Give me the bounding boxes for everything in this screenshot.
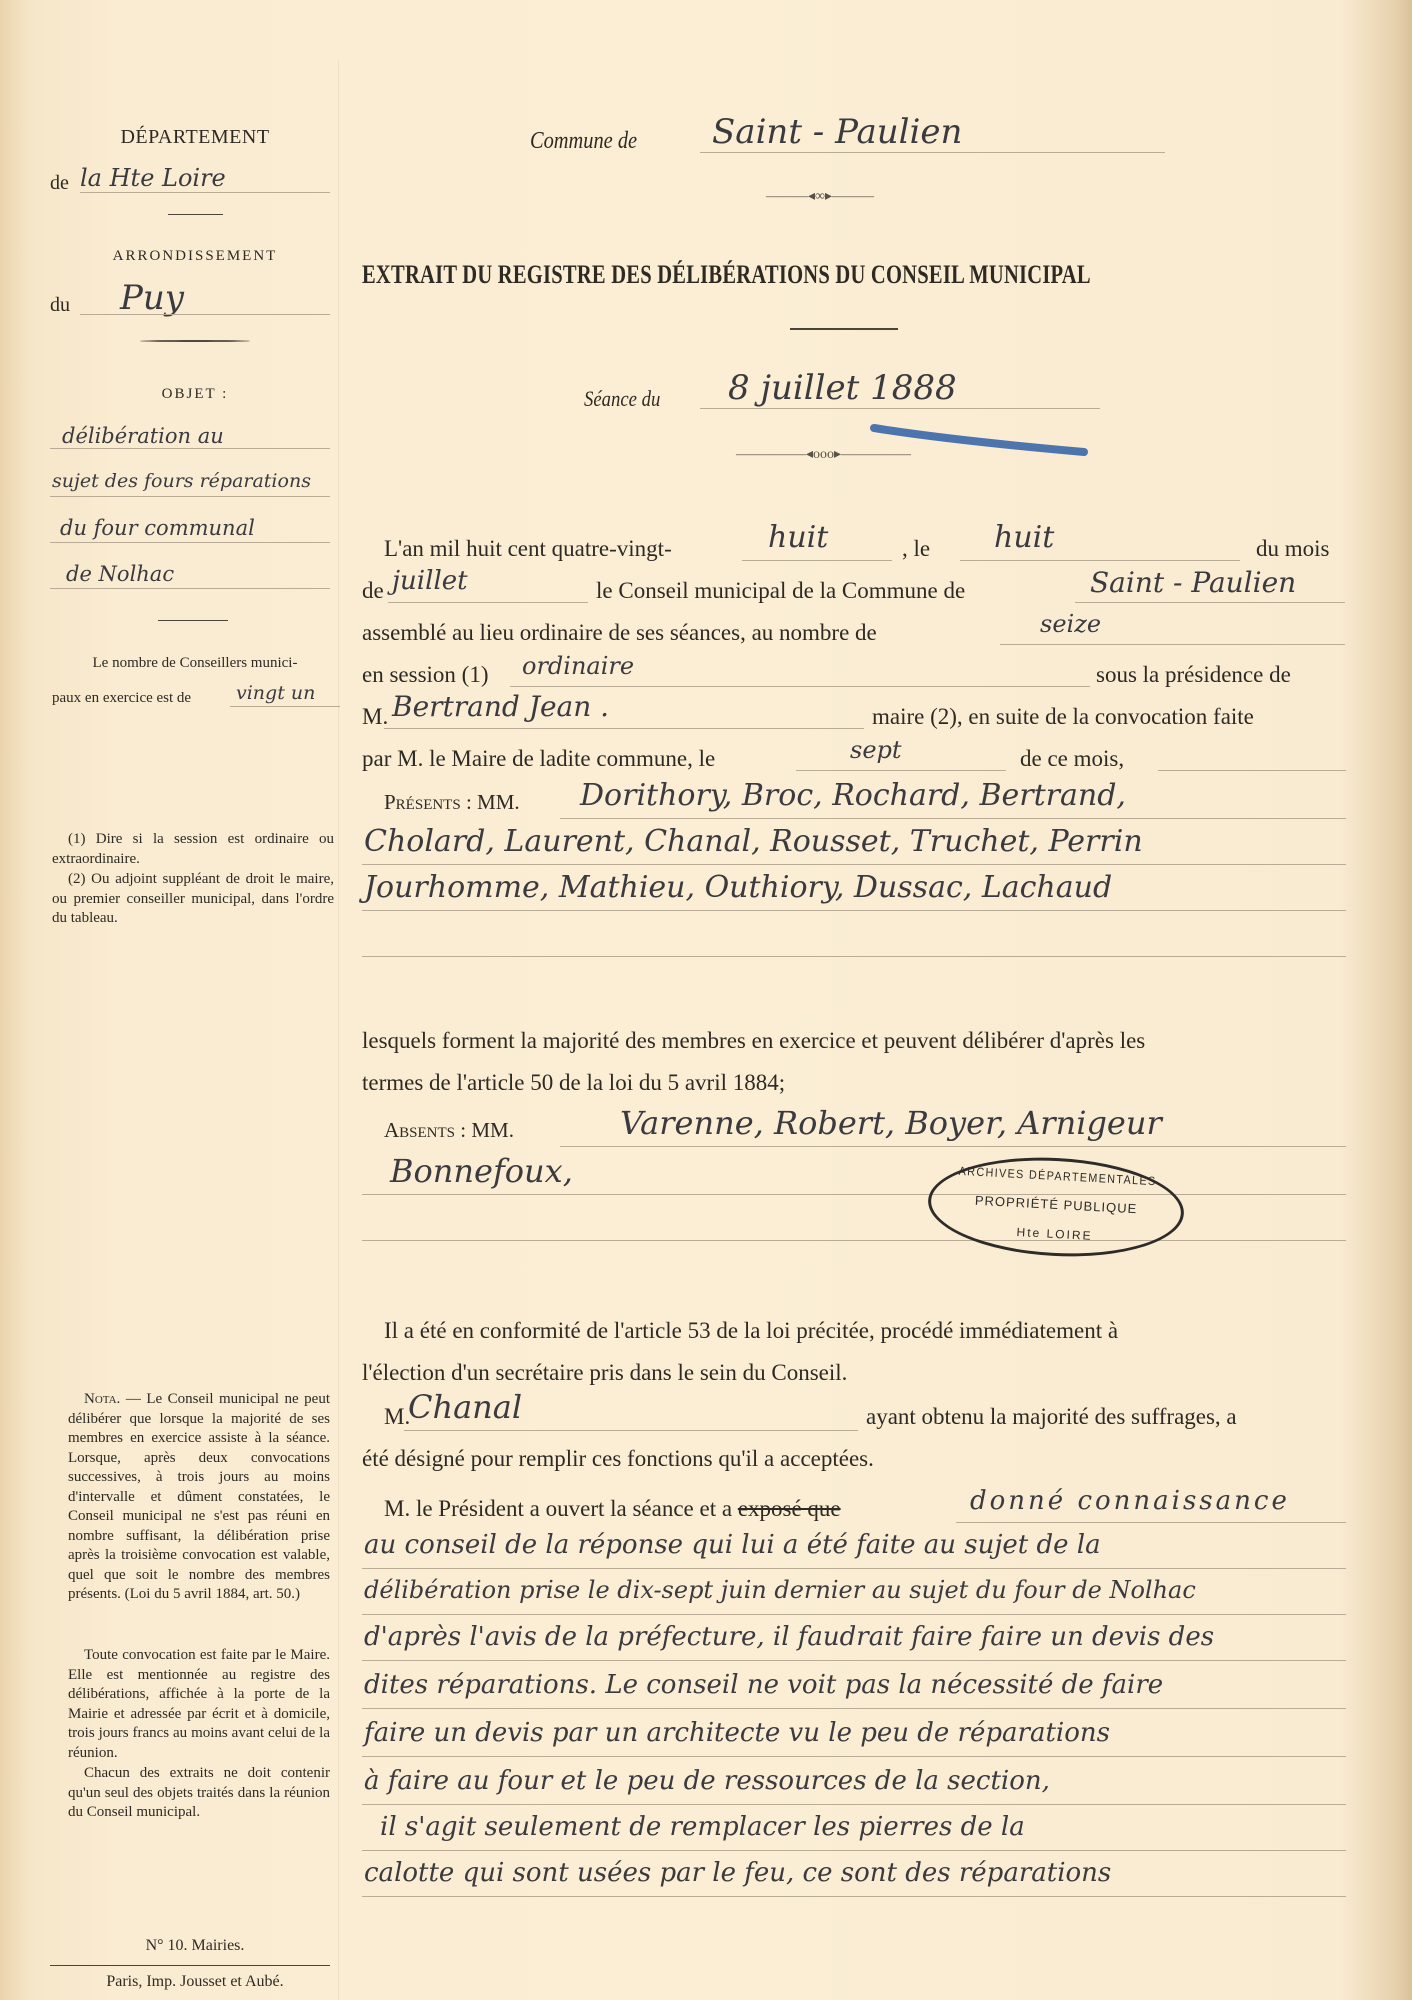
- footer-rule: [50, 1965, 330, 1966]
- absents-rule-3: [362, 1240, 1346, 1241]
- text-assemble: assemblé au lieu ordinaire de ses séance…: [362, 620, 877, 646]
- presents-rule-2: [362, 864, 1346, 865]
- convocation-date: sept: [850, 736, 902, 764]
- page-title: EXTRAIT DU REGISTRE DES DÉLIBÉRATIONS DU…: [362, 260, 1091, 290]
- deliberation-rule-2: [362, 1614, 1346, 1615]
- president-name: Bertrand Jean .: [392, 690, 609, 723]
- day-rule: [960, 560, 1240, 561]
- majorite-line-1: lesquels forment la majorité des membres…: [362, 1028, 1145, 1054]
- nota-block: Nota. — Le Conseil municipal ne peut dél…: [68, 1390, 330, 1605]
- objet-line-3: du four communal: [60, 516, 255, 540]
- secretaire-name: Chanal: [408, 1388, 522, 1426]
- departement-rule: [80, 192, 330, 193]
- absents-label: Absents : MM.: [384, 1118, 514, 1143]
- text-session: en session (1): [362, 662, 488, 688]
- deliberation-line-1: au conseil de la réponse qui lui a été f…: [364, 1530, 1101, 1560]
- secretaire-line-4: été désigné pour remplir ces fonctions q…: [362, 1446, 874, 1472]
- month-rule: [388, 602, 588, 603]
- stamp-top: ARCHIVES DÉPARTEMENTALES: [945, 1163, 1170, 1189]
- presents-line-1: Dorithory, Broc, Rochard, Bertrand,: [580, 778, 1126, 813]
- ce-mois-rule: [1158, 770, 1346, 771]
- day-value: huit: [994, 520, 1054, 555]
- objet-line-2: sujet des fours réparations: [52, 470, 311, 492]
- seance-value: 8 juillet 1888: [728, 368, 957, 408]
- ornament-rule: [140, 340, 250, 342]
- blue-pencil-mark: [628, 414, 1088, 422]
- deliberation-rule-0: [956, 1522, 1346, 1523]
- convocation-rule: [796, 770, 1006, 771]
- form-number: N° 10. Mairies.: [50, 1937, 340, 1955]
- body-line-1: L'an mil huit cent quatre-vingt-: [384, 536, 672, 562]
- conseillers-rule: [230, 706, 340, 707]
- commune-label: Commune de: [530, 128, 637, 155]
- absents-rule-2: [362, 1194, 1346, 1195]
- deliberation-rule-1: [362, 1568, 1346, 1569]
- seance-rule: [700, 408, 1100, 409]
- objet-rule-3: [50, 542, 330, 543]
- presents-rule-3: [362, 910, 1346, 911]
- separator: [158, 620, 228, 621]
- deliberation-rule-8: [362, 1896, 1346, 1897]
- month-value: juillet: [392, 566, 468, 596]
- text: L'an mil huit cent quatre-vingt-: [384, 536, 672, 561]
- year-value: huit: [768, 520, 828, 555]
- ornament-divider-2: ―――――◂ooo▸―――――: [736, 446, 911, 463]
- commune-value-2: Saint - Paulien: [1090, 566, 1296, 599]
- departement-prefix: de: [50, 172, 69, 195]
- majorite-line-2: termes de l'article 50 de la loi du 5 av…: [362, 1070, 785, 1096]
- presents-line-3: Jourhomme, Mathieu, Outhiory, Dussac, La…: [364, 870, 1112, 905]
- commune-rule: [700, 152, 1165, 153]
- presents-line-2: Cholard, Laurent, Chanal, Rousset, Truch…: [364, 824, 1143, 859]
- nota-label: Nota.: [84, 1391, 120, 1407]
- arrondissement-value: Puy: [120, 278, 184, 318]
- deliberation-rule-4: [362, 1708, 1346, 1709]
- text-du-mois: du mois: [1256, 536, 1329, 562]
- absents-rule-1: [560, 1146, 1346, 1147]
- struck-text: exposé que: [738, 1496, 841, 1521]
- deliberation-rule-7: [362, 1850, 1346, 1851]
- deliberation-rule-5: [362, 1756, 1346, 1757]
- departement-label: DÉPARTEMENT: [50, 126, 340, 149]
- deliberation-line-7: il s'agit seulement de remplacer les pie…: [380, 1812, 1025, 1842]
- count-rule: [1000, 644, 1345, 645]
- secretaire-line-1: Il a été en conformité de l'article 53 d…: [384, 1318, 1118, 1344]
- count-value: seize: [1040, 610, 1101, 638]
- objet-label: OBJET :: [50, 386, 340, 403]
- margin-line: [338, 60, 339, 2000]
- arrondissement-rule: [80, 314, 330, 315]
- deliberation-line-8: calotte qui sont usées par le feu, ce so…: [364, 1858, 1111, 1888]
- presents-rule-4: [362, 956, 1346, 957]
- extraits-text: Chacun des extraits ne doit contenir qu'…: [68, 1764, 330, 1823]
- objet-rule-1: [50, 448, 330, 449]
- stamp-middle: PROPRIÉTÉ PUBLIQUE: [931, 1190, 1181, 1218]
- conseillers-value: vingt un: [236, 682, 315, 704]
- ornament-divider: ―――◂∞▸―――: [766, 188, 874, 205]
- objet-rule-2: [50, 496, 330, 497]
- session-rule: [510, 686, 1090, 687]
- stamp-bottom: Hte LOIRE: [929, 1220, 1179, 1247]
- text: M. le Président a ouvert la séance et a: [384, 1496, 732, 1521]
- secretaire-m: M.: [384, 1404, 410, 1430]
- text-m: M.: [362, 704, 388, 730]
- deliberation-rule-3: [362, 1660, 1346, 1661]
- commune-value: Saint - Paulien: [712, 112, 962, 152]
- text-conseil-municipal: le Conseil municipal de la Commune de: [596, 578, 965, 604]
- nota-text: — Le Conseil municipal ne peut délibérer…: [68, 1391, 330, 1602]
- printer-credit: Paris, Imp. Jousset et Aubé.: [50, 1973, 340, 1991]
- footnote-1: (1) Dire si la session est ordinaire ou …: [52, 830, 334, 869]
- absents-line-2: Bonnefoux,: [390, 1152, 573, 1190]
- objet-line-1: délibération au: [62, 424, 224, 448]
- title-underline: [790, 328, 898, 330]
- session-value: ordinaire: [522, 652, 634, 680]
- text-ce-mois: de ce mois,: [1020, 746, 1124, 772]
- text-maire: maire (2), en suite de la convocation fa…: [872, 704, 1254, 730]
- president-hand: donné connaissance: [970, 1486, 1290, 1516]
- deliberation-line-6: à faire au four et le peu de ressources …: [364, 1766, 1050, 1796]
- conseillers-text-1: Le nombre de Conseillers munici-: [50, 655, 340, 672]
- separator: [168, 214, 223, 215]
- seance-label: Séance du: [584, 386, 660, 412]
- departement-value: la Hte Loire: [80, 164, 226, 192]
- year-rule: [742, 560, 892, 561]
- deliberation-line-2: délibération prise le dix-sept juin dern…: [364, 1576, 1196, 1604]
- text-de: de: [362, 578, 384, 604]
- deliberation-line-5: faire un devis par un architecte vu le p…: [364, 1718, 1110, 1748]
- text-presidence: sous la présidence de: [1096, 662, 1291, 688]
- text-convocation: par M. le Maire de ladite commune, le: [362, 746, 715, 772]
- objet-line-4: de Nolhac: [66, 562, 174, 586]
- secretaire-rule: [404, 1430, 858, 1431]
- president-rule: [384, 728, 864, 729]
- archives-stamp: ARCHIVES DÉPARTEMENTALES PROPRIÉTÉ PUBLI…: [926, 1151, 1187, 1262]
- presents-rule-1: [560, 818, 1346, 819]
- text-le: , le: [902, 536, 930, 562]
- presents-label: Présents : MM.: [384, 790, 520, 815]
- president-line: M. le Président a ouvert la séance et a …: [384, 1496, 841, 1522]
- secretaire-line-2: l'élection d'un secrétaire pris dans le …: [362, 1360, 847, 1386]
- secretaire-line-3: ayant obtenu la majorité des suffrages, …: [866, 1404, 1237, 1430]
- commune-rule-2: [1075, 602, 1345, 603]
- objet-rule-4: [50, 588, 330, 589]
- deliberation-line-4: dites réparations. Le conseil ne voit pa…: [364, 1670, 1163, 1700]
- absents-line-1: Varenne, Robert, Boyer, Arnigeur: [620, 1104, 1162, 1142]
- arrondissement-prefix: du: [50, 294, 70, 317]
- arrondissement-label: ARRONDISSEMENT: [50, 248, 340, 265]
- footnote-2: (2) Ou adjoint suppléant de droit le mai…: [52, 870, 334, 929]
- convocation-text: Toute convocation est faite par le Maire…: [68, 1646, 330, 1763]
- deliberation-line-3: d'après l'avis de la préfecture, il faud…: [364, 1622, 1214, 1652]
- deliberation-rule-6: [362, 1804, 1346, 1805]
- conseillers-text-2: paux en exercice est de: [52, 690, 191, 707]
